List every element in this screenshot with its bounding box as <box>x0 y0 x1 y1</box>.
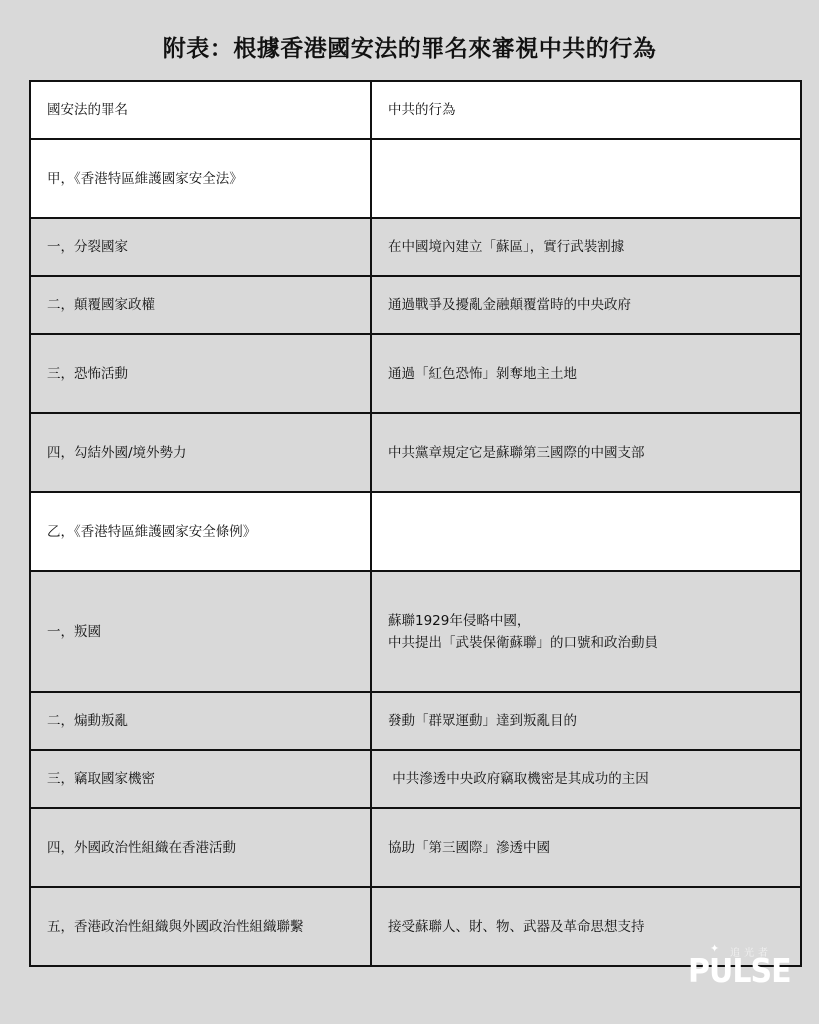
action-cell: 蘇聯1929年侵略中國， 中共提出「武裝保衛蘇聯」的口號和政治動員 <box>371 571 801 692</box>
action-cell: 協助「第三國際」滲透中國 <box>371 808 801 887</box>
page-title: 附表：根據香港國安法的罪名來審視中共的行為 <box>0 30 819 63</box>
action-cell <box>371 492 801 571</box>
pulse-logo: ✦ 追光者 PULSE <box>688 940 798 996</box>
table-row: 四，勾結外國/境外勢力 中共黨章規定它是蘇聯第三國際的中國支部 <box>30 413 801 492</box>
crime-cell: 四，外國政治性組織在香港活動 <box>30 808 371 887</box>
crime-cell: 五，香港政治性組織與外國政治性組織聯繫 <box>30 887 371 966</box>
table-header-row: 國安法的罪名 中共的行為 <box>30 81 801 139</box>
header-crime: 國安法的罪名 <box>30 81 371 139</box>
header-action: 中共的行為 <box>371 81 801 139</box>
table-row: 一，分裂國家 在中國境內建立「蘇區」，實行武裝割據 <box>30 218 801 276</box>
crimes-comparison-table: 國安法的罪名 中共的行為 甲，《香港特區維護國家安全法》 一，分裂國家 在中國境… <box>29 80 802 967</box>
action-line-2: 中共提出「武裝保衛蘇聯」的口號和政治動員 <box>388 632 800 654</box>
action-cell: 通過戰爭及擾亂金融顛覆當時的中央政府 <box>371 276 801 334</box>
table-row: 二，煽動叛亂 發動「群眾運動」達到叛亂目的 <box>30 692 801 750</box>
crime-cell: 一，分裂國家 <box>30 218 371 276</box>
table-row: 一，叛國 蘇聯1929年侵略中國， 中共提出「武裝保衛蘇聯」的口號和政治動員 <box>30 571 801 692</box>
action-cell: 通過「紅色恐怖」剝奪地主土地 <box>371 334 801 413</box>
action-cell <box>371 139 801 218</box>
table-row: 四，外國政治性組織在香港活動 協助「第三國際」滲透中國 <box>30 808 801 887</box>
table-row: 三，恐怖活動 通過「紅色恐怖」剝奪地主土地 <box>30 334 801 413</box>
crime-cell: 甲，《香港特區維護國家安全法》 <box>30 139 371 218</box>
crime-cell: 一，叛國 <box>30 571 371 692</box>
crime-cell: 四，勾結外國/境外勢力 <box>30 413 371 492</box>
action-cell: 在中國境內建立「蘇區」，實行武裝割據 <box>371 218 801 276</box>
crime-cell: 三，恐怖活動 <box>30 334 371 413</box>
logo-wordmark: PULSE <box>688 952 791 991</box>
action-cell: 發動「群眾運動」達到叛亂目的 <box>371 692 801 750</box>
section-row: 乙，《香港特區維護國家安全條例》 <box>30 492 801 571</box>
action-cell: 中共黨章規定它是蘇聯第三國際的中國支部 <box>371 413 801 492</box>
crime-cell: 乙，《香港特區維護國家安全條例》 <box>30 492 371 571</box>
crime-cell: 二，煽動叛亂 <box>30 692 371 750</box>
crime-cell: 二，顛覆國家政權 <box>30 276 371 334</box>
action-line-1: 蘇聯1929年侵略中國， <box>388 610 800 632</box>
table-row: 三，竊取國家機密 中共滲透中央政府竊取機密是其成功的主因 <box>30 750 801 808</box>
crime-cell: 三，竊取國家機密 <box>30 750 371 808</box>
action-cell: 中共滲透中央政府竊取機密是其成功的主因 <box>371 750 801 808</box>
section-row: 甲，《香港特區維護國家安全法》 <box>30 139 801 218</box>
table-row: 五，香港政治性組織與外國政治性組織聯繫 接受蘇聯人、財、物、武器及革命思想支持 <box>30 887 801 966</box>
table-row: 二，顛覆國家政權 通過戰爭及擾亂金融顛覆當時的中央政府 <box>30 276 801 334</box>
